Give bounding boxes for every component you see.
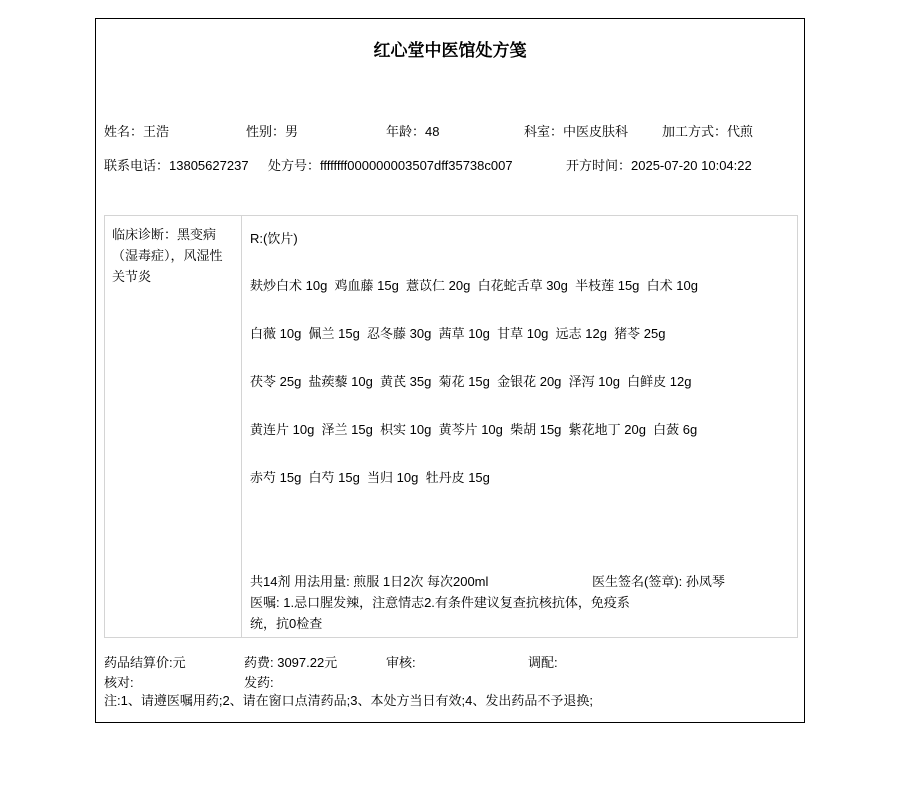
field-value: 2025-07-20 10:04:22 <box>631 158 752 173</box>
diagnosis-cell: 临床诊断：黑变病（湿毒症），风湿性关节炎 <box>105 216 241 295</box>
field-department: 科室：中医皮肤科 <box>524 121 628 140</box>
herb-line: 白薇 10g 佩兰 15g 忍冬藤 30g 茜草 10g 甘草 10g 远志 1… <box>250 323 665 342</box>
field-value: 代煎 <box>727 124 753 139</box>
field-value: 48 <box>425 124 439 139</box>
herb-line: 麸炒白术 10g 鸡血藤 15g 薏苡仁 20g 白花蛇舌草 30g 半枝莲 1… <box>250 275 698 294</box>
field-check: 核对: <box>104 672 134 691</box>
field-age: 年龄：48 <box>386 121 439 140</box>
doctor-signature: 医生签名(签章): 孙凤琴 <box>592 571 725 590</box>
field-value: 中医皮肤科 <box>563 124 628 139</box>
field-label: 性别： <box>246 124 285 139</box>
field-prescribe-time: 开方时间：2025-07-20 10:04:22 <box>566 155 752 174</box>
diagnosis-text: 临床诊断：黑变病（湿毒症），风湿性关节炎 <box>112 227 223 284</box>
field-dispense: 发药: <box>244 672 274 691</box>
herb-line: 黄连片 10g 泽兰 15g 枳实 10g 黄芩片 10g 柴胡 15g 紫花地… <box>250 419 697 438</box>
field-settle-price: 药品结算价:元 <box>104 652 186 671</box>
rx-cell: R:(饮片) 麸炒白术 10g 鸡血藤 15g 薏苡仁 20g 白花蛇舌草 30… <box>242 216 797 637</box>
field-medicine-fee: 药费: 3097.22元 <box>244 652 337 671</box>
field-compound: 调配: <box>528 652 558 671</box>
field-label: 年龄： <box>386 124 425 139</box>
field-phone: 联系电话：13805627237 <box>104 155 249 174</box>
prescription-sheet: 红心堂中医馆处方笺 姓名：王浩 性别：男 年龄：48 科室：中医皮肤科 加工方式… <box>95 18 805 723</box>
prescription-page: 红心堂中医馆处方笺 姓名：王浩 性别：男 年龄：48 科室：中医皮肤科 加工方式… <box>0 0 900 800</box>
field-prescription-number: 处方号：ffffffff000000003507dff35738c007 <box>268 155 513 174</box>
field-value: 13805627237 <box>169 158 249 173</box>
medical-advice: 医嘱: 1.忌口腥发辣，注意情志2.有条件建议复查抗核抗体，免疫系统，抗0检查 <box>250 592 642 634</box>
field-label: 加工方式： <box>662 124 727 139</box>
field-value: 王浩 <box>143 124 169 139</box>
field-patient-name: 姓名：王浩 <box>104 121 169 140</box>
field-value: 男 <box>285 124 298 139</box>
field-gender: 性别：男 <box>246 121 298 140</box>
field-value: ffffffff000000003507dff35738c007 <box>320 158 513 173</box>
field-processing-method: 加工方式：代煎 <box>662 121 753 140</box>
herb-line: 赤芍 15g 白芍 15g 当归 10g 牡丹皮 15g <box>250 467 490 486</box>
field-label: 开方时间： <box>566 158 631 173</box>
page-title: 红心堂中医馆处方笺 <box>96 36 804 61</box>
usage-text: 共14剂 用法用量: 煎服 1日2次 每次200ml <box>250 571 488 590</box>
prescription-table: 临床诊断：黑变病（湿毒症），风湿性关节炎 R:(饮片) 麸炒白术 10g 鸡血藤… <box>104 215 798 638</box>
rx-type-header: R:(饮片) <box>250 228 298 247</box>
field-review: 审核: <box>386 652 416 671</box>
herb-line: 茯苓 25g 盐蒺藜 10g 黄芪 35g 菊花 15g 金银花 20g 泽泻 … <box>250 371 691 390</box>
field-label: 姓名： <box>104 124 143 139</box>
field-label: 科室： <box>524 124 563 139</box>
footer-note: 注:1、请遵医嘱用药;2、请在窗口点清药品;3、本处方当日有效;4、发出药品不予… <box>104 690 593 709</box>
field-label: 处方号： <box>268 158 320 173</box>
field-label: 联系电话： <box>104 158 169 173</box>
